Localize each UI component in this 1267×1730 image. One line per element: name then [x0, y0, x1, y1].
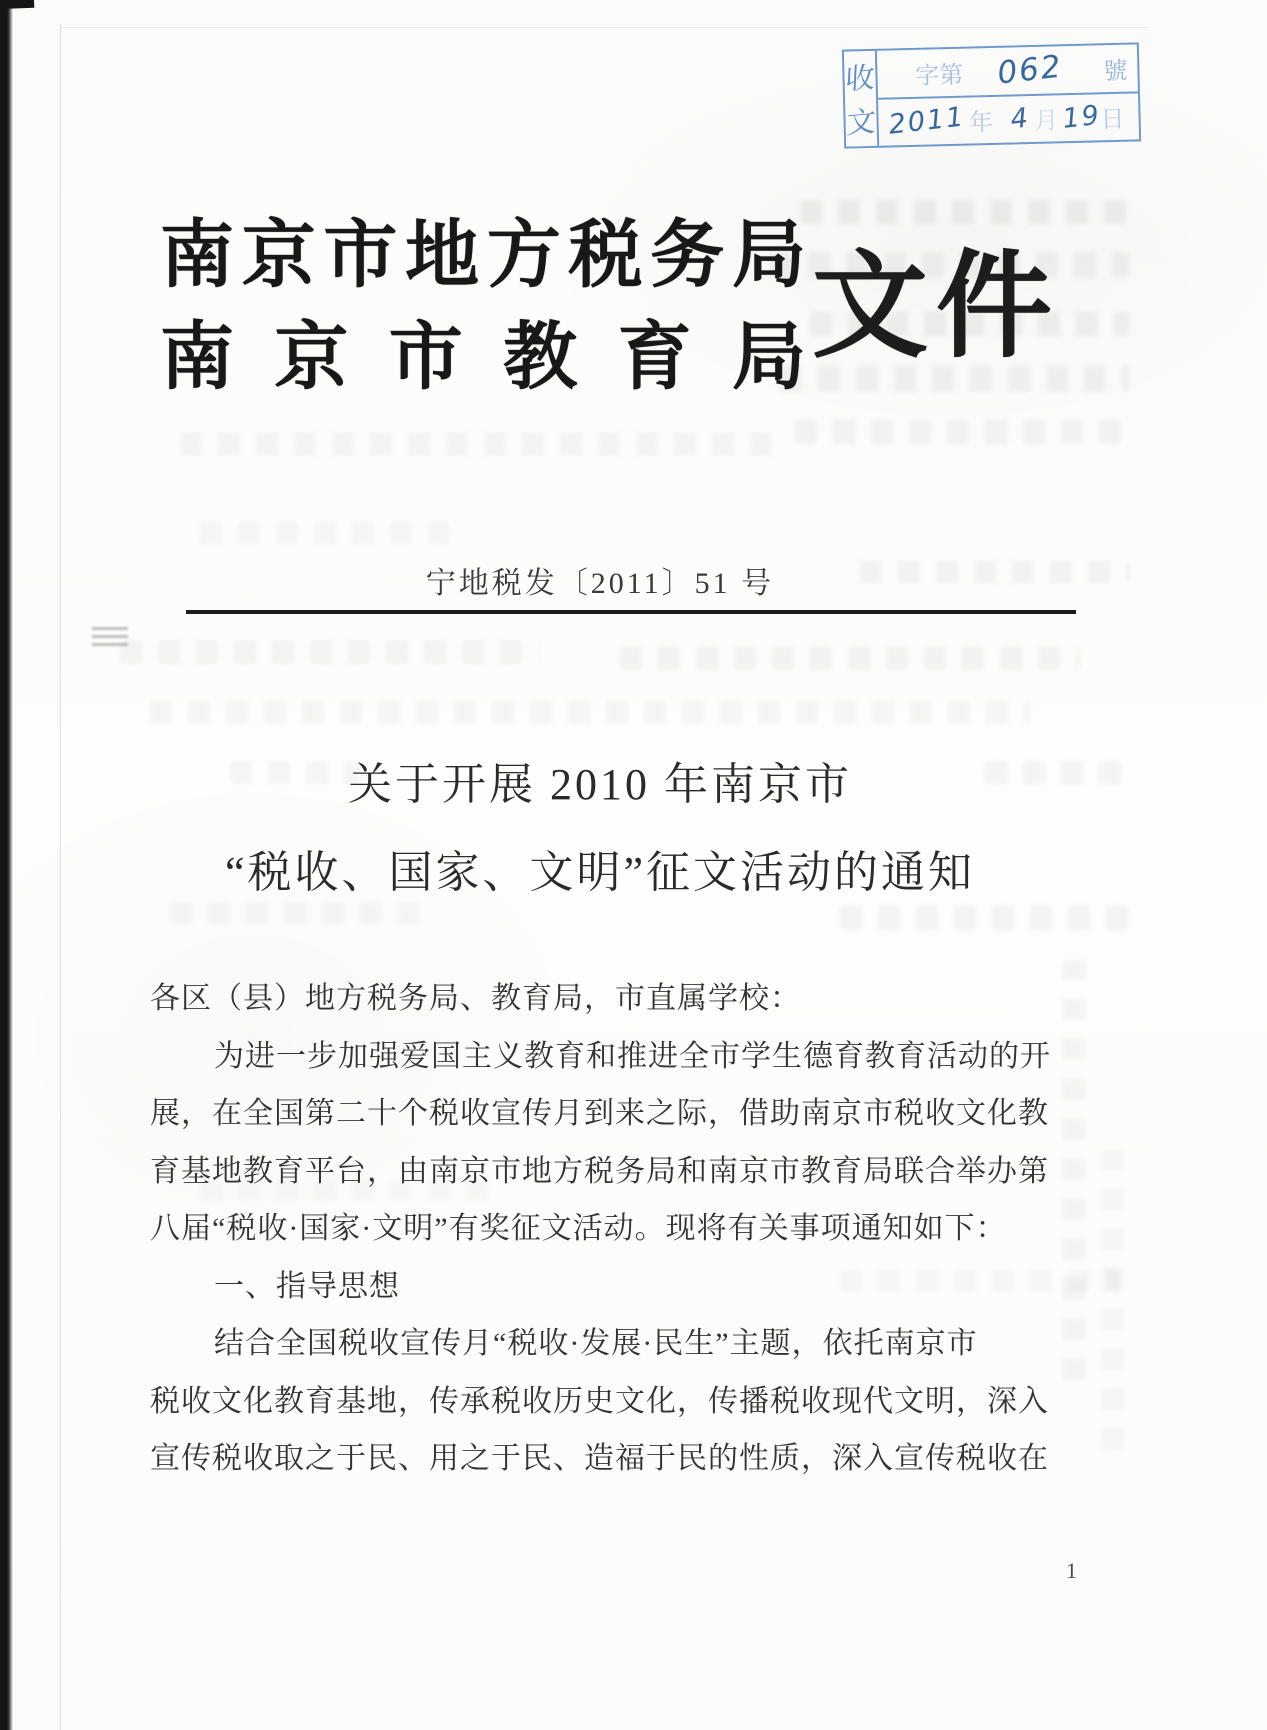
notice-title-line2: “税收、国家、文明”征文活动的通知 — [40, 836, 1160, 900]
stamp-year-handwritten: 2011 — [887, 102, 967, 141]
bleedthrough-smudge — [200, 522, 450, 544]
stamp-wen-char: 文 — [845, 99, 876, 143]
document-number: 宁地税发〔2011〕51 号 — [60, 558, 1140, 602]
bleedthrough-smudge — [170, 902, 420, 924]
paragraph1-line: 为进一步加强爱国主义教育和推进全市学生德育教育活动的开 — [150, 1028, 1040, 1086]
bleedthrough-smudge — [1102, 1150, 1124, 1450]
stamp-day-handwritten: 19 — [1061, 100, 1103, 135]
issuing-org-line2: 南京市教育局 — [160, 318, 806, 398]
stamp-day-label: 日 — [1100, 99, 1125, 135]
scan-corner-black-wedge — [0, 0, 34, 9]
stamp-number-handwritten: 062 — [995, 49, 1064, 92]
scan-edge-black-strip — [0, 0, 13, 1730]
bleedthrough-smudge — [800, 200, 1130, 224]
stamp-shou-char: 收 — [844, 55, 875, 99]
stamp-date-row: 2011 年 4 月 19 日 — [878, 91, 1139, 146]
stamp-number-prefix: 字第 — [915, 54, 964, 90]
page-edge-shadow-horizontal — [60, 27, 1149, 28]
page-number: 1 — [1066, 1558, 1077, 1584]
body-text-block: 各区（县）地方税务局、教育局，市直属学校： 为进一步加强爱国主义教育和推进全市学… — [150, 970, 1040, 1488]
received-stamp-box: 收 文 字第 062 號 2011 年 4 月 19 日 — [842, 42, 1141, 148]
bleedthrough-smudge — [795, 420, 1130, 444]
stamp-right-column: 字第 062 號 2011 年 4 月 19 日 — [877, 44, 1140, 145]
section-heading-1: 一、指导思想 — [150, 1258, 1040, 1316]
masthead-divider-rule — [186, 610, 1076, 614]
paragraph2-line: 结合全国税收宣传月“税收·发展·民生”主题，依托南京市 — [150, 1315, 1040, 1373]
paragraph1-line: 八届“税收·国家·文明”有奖征文活动。现将有关事项通知如下： — [150, 1200, 1040, 1258]
scanned-document-page: 收 文 字第 062 號 2011 年 4 月 19 日 南京市地方税务局 南京… — [0, 0, 1267, 1730]
stamp-left-column: 收 文 — [844, 51, 879, 147]
salutation-line: 各区（县）地方税务局、教育局，市直属学校： — [150, 970, 1040, 1028]
paragraph2-line: 税收文化教育基地，传承税收历史文化，传播税收现代文明，深入 — [150, 1373, 1040, 1431]
bleedthrough-smudge — [150, 700, 1030, 724]
document-type-wenjian: 文件 — [812, 248, 1072, 368]
paragraph1-line: 展，在全国第二十个税收宣传月到来之际，借助南京市税收文化教 — [150, 1085, 1040, 1143]
stamp-month-handwritten: 4 — [1009, 103, 1032, 136]
stamp-year-label: 年 — [969, 102, 994, 138]
stamp-number-row: 字第 062 號 — [877, 44, 1138, 97]
bleedthrough-smudge — [120, 640, 540, 664]
bleedthrough-smudge — [840, 906, 1130, 930]
stamp-month-label: 月 — [1034, 101, 1059, 137]
paragraph2-line: 宣传税收取之于民、用之于民、造福于民的性质，深入宣传税收在 — [150, 1430, 1040, 1488]
bleedthrough-smudge — [1062, 960, 1086, 1380]
paragraph1-line: 育基地教育平台，由南京市地方税务局和南京市教育局联合举办第 — [150, 1143, 1040, 1201]
left-margin-smudge-mark — [92, 624, 128, 646]
bleedthrough-smudge — [620, 646, 1080, 670]
stamp-number-suffix: 號 — [1103, 50, 1128, 86]
notice-title-line1: 关于开展 2010 年南京市 — [40, 748, 1160, 812]
bleedthrough-smudge — [180, 432, 780, 456]
issuing-org-line1: 南京市地方税务局 — [160, 216, 806, 296]
